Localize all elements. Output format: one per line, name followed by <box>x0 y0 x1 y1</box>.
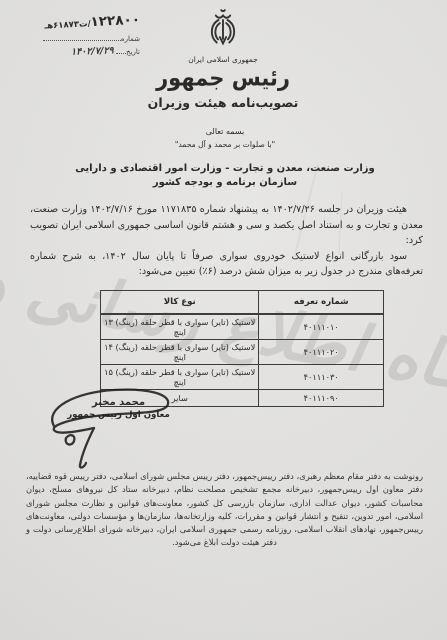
salavat-text: "با صلوات بر محمد و آل محمد" <box>60 140 390 149</box>
scanned-decree-document: پایگاه اطلاع رسانی دولت ۱۲۲۸۰۰/ت۶۱۸۷۳هـ … <box>0 0 447 640</box>
table-row: ۴۰۱۱۱۰۱۰ لاستیک (تایر) سواری با قطر حلقه… <box>101 314 384 340</box>
addressee-line-1: وزارت صنعت، معدن و تجارت - وزارت امور اق… <box>25 163 425 174</box>
table-row: ۴۰۱۱۱۰۳۰ لاستیک (تایر) سواری با قطر حلقه… <box>101 364 384 389</box>
signer-title: معاون اول رییس جمهور <box>46 410 191 420</box>
letterhead: جمهوری اسلامی ایران رئیس جمهور تصویب‌نام… <box>113 8 333 110</box>
country-name: جمهوری اسلامی ایران <box>113 55 333 64</box>
tariff-number-header: شماره تعرفه <box>259 291 384 314</box>
office-title: رئیس جمهور <box>113 65 333 91</box>
number-dotted-line <box>43 34 121 41</box>
tariff-number-cell: ۴۰۱۱۱۰۳۰ <box>259 364 384 389</box>
decree-paragraph-1: هیئت وزیران در جلسه ۱۴۰۲/۷/۲۶ به پیشنهاد… <box>30 202 423 249</box>
decree-paragraph-2: سود بازرگانی انواع لاستیک خودروی سواری ص… <box>30 249 423 280</box>
distribution-list: رونوشت به دفتر مقام معظم رهبری، دفتر ریی… <box>26 470 423 550</box>
besmeleh-text: بسمه تعالی <box>60 127 390 136</box>
tariff-number-cell: ۴۰۱۱۱۰۱۰ <box>259 314 384 340</box>
tariff-number-cell: ۴۰۱۱۱۰۲۰ <box>259 339 384 364</box>
addressee-line-2: سازمان برنامه و بودجه کشور <box>25 177 425 188</box>
signer-name: محمد مخبر <box>46 397 191 408</box>
document-type: تصویب‌نامه هیئت وزیران <box>113 95 333 110</box>
goods-type-cell: لاستیک (تایر) سواری با قطر حلقه (رینگ) ۱… <box>101 314 259 340</box>
goods-type-header: نوع کالا <box>101 291 259 314</box>
tariff-table-header-row: شماره تعرفه نوع کالا <box>101 291 384 314</box>
date-handwritten: ۱۴۰۲/۷/۲۹ <box>71 45 114 57</box>
table-row: ۴۰۱۱۱۰۲۰ لاستیک (تایر) سواری با قطر حلقه… <box>101 339 384 364</box>
invocation: بسمه تعالی "با صلوات بر محمد و آل محمد" <box>60 127 390 149</box>
document-content: ۱۲۲۸۰۰/ت۶۱۸۷۳هـ شماره تاریخ ۱۴۰۲/۷/۲۹ <box>0 0 447 640</box>
goods-type-cell: لاستیک (تایر) سواری با قطر حلقه (رینگ) ۱… <box>101 364 259 389</box>
tariff-number-cell: ۴۰۱۱۱۰۹۰ <box>259 389 384 406</box>
tariff-table: شماره تعرفه نوع کالا ۴۰۱۱۱۰۱۰ لاستیک (تا… <box>100 290 384 407</box>
signature-block: محمد مخبر معاون اول رییس جمهور <box>46 397 191 420</box>
goods-type-cell: لاستیک (تایر) سواری با قطر حلقه (رینگ) ۱… <box>101 339 259 364</box>
iran-emblem-icon <box>205 8 241 54</box>
decree-body: هیئت وزیران در جلسه ۱۴۰۲/۷/۲۶ به پیشنهاد… <box>30 202 423 280</box>
ref-number-suffix: /ت۶۱۸۷۳هـ <box>44 19 91 31</box>
addressees: وزارت صنعت، معدن و تجارت - وزارت امور اق… <box>25 163 425 188</box>
